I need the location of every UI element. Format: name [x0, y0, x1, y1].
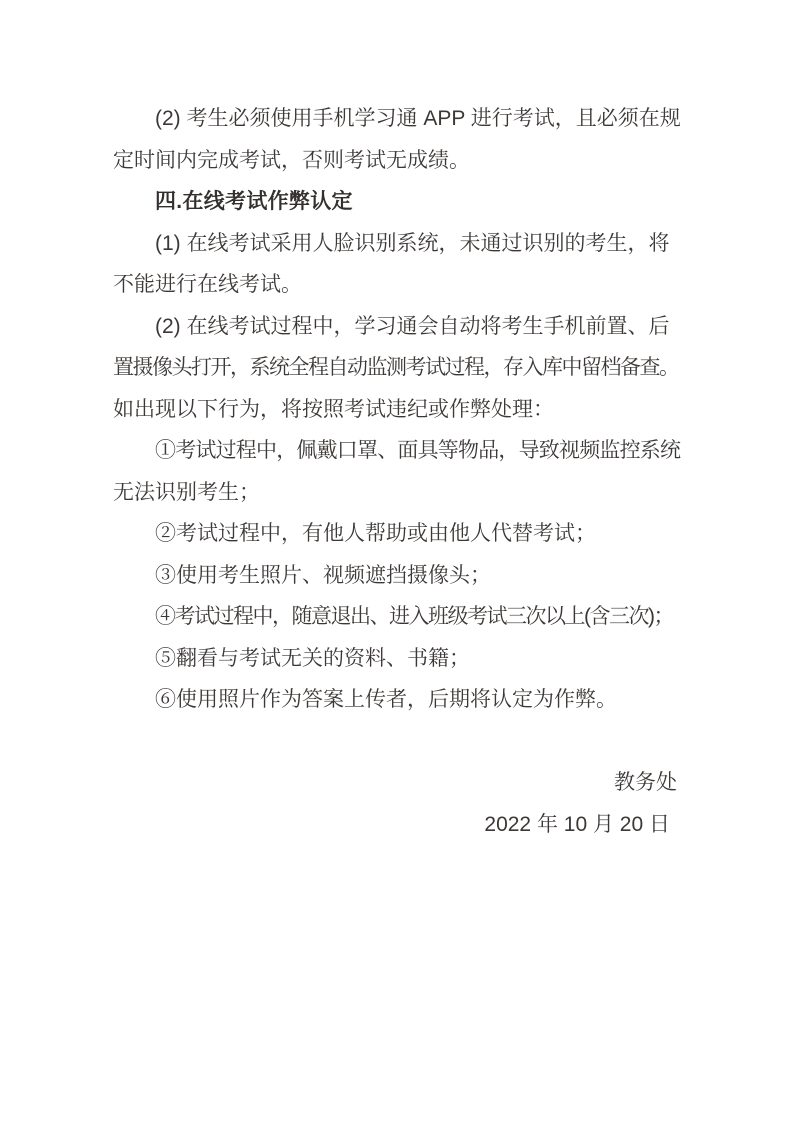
list-item-1: ①考试过程中，佩戴口罩、面具等物品，导致视频监控系统 无法识别考生；: [113, 430, 680, 513]
signature-department: 教务处: [113, 762, 680, 804]
paragraph-line: ①考试过程中，佩戴口罩、面具等物品，导致视频监控系统: [113, 430, 680, 472]
paragraph-line: ④考试过程中，随意退出、进入班级考试三次以上(含三次)；: [113, 596, 680, 638]
paragraph-exam-requirement: (2) 考生必须使用手机学习通 APP 进行考试，且必须在规 定时间内完成考试，…: [113, 98, 680, 181]
paragraph-line: 定时间内完成考试，否则考试无成绩。: [113, 140, 680, 182]
paragraph-line: (2) 考生必须使用手机学习通 APP 进行考试，且必须在规: [113, 98, 680, 140]
paragraph-line: 无法识别考生；: [113, 472, 680, 514]
paragraph-line: ⑥使用照片作为答案上传者，后期将认定为作弊。: [113, 679, 680, 721]
paragraph-line: 置摄像头打开，系统全程自动监测考试过程，存入库中留档备查。: [113, 347, 680, 389]
list-item-4: ④考试过程中，随意退出、进入班级考试三次以上(含三次)；: [113, 596, 680, 638]
list-item-2: ②考试过程中，有他人帮助或由他人代替考试；: [113, 513, 680, 555]
list-item-3: ③使用考生照片、视频遮挡摄像头；: [113, 555, 680, 597]
paragraph-line: 不能进行在线考试。: [113, 264, 680, 306]
paragraph-camera-monitoring: (2) 在线考试过程中，学习通会自动将考生手机前置、后 置摄像头打开，系统全程自…: [113, 306, 680, 431]
paragraph-line: ②考试过程中，有他人帮助或由他人代替考试；: [113, 513, 680, 555]
document-content: (2) 考生必须使用手机学习通 APP 进行考试，且必须在规 定时间内完成考试，…: [113, 98, 680, 845]
document-page: (2) 考生必须使用手机学习通 APP 进行考试，且必须在规 定时间内完成考试，…: [0, 0, 793, 1122]
list-item-5: ⑤翻看与考试无关的资料、书籍；: [113, 638, 680, 680]
paragraph-line: ③使用考生照片、视频遮挡摄像头；: [113, 555, 680, 597]
paragraph-line: (2) 在线考试过程中，学习通会自动将考生手机前置、后: [113, 306, 680, 348]
paragraph-face-recognition: (1) 在线考试采用人脸识别系统，未通过识别的考生，将 不能进行在线考试。: [113, 223, 680, 306]
paragraph-line: (1) 在线考试采用人脸识别系统，未通过识别的考生，将: [113, 223, 680, 265]
section-heading-cheating-rules: 四.在线考试作弊认定: [113, 181, 680, 223]
paragraph-line: ⑤翻看与考试无关的资料、书籍；: [113, 638, 680, 680]
list-item-6: ⑥使用照片作为答案上传者，后期将认定为作弊。: [113, 679, 680, 721]
signature-block: 教务处 2022 年 10 月 20 日: [113, 762, 680, 845]
signature-date: 2022 年 10 月 20 日: [113, 804, 680, 846]
paragraph-line: 如出现以下行为，将按照考试违纪或作弊处理：: [113, 389, 680, 431]
